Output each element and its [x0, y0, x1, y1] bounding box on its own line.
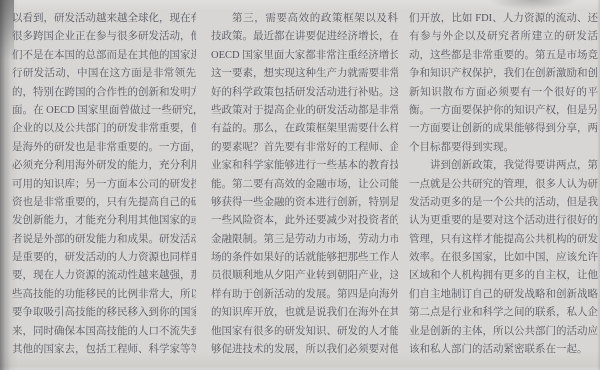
text-line: 第三，需要高效的政策框架以及科: [211, 10, 398, 28]
scanned-page: 以看到，研发活动越来越全球化，现在有很多跨国企业正在参与很多研发活动，他们不是在…: [0, 0, 600, 370]
text-line: 要，现在人力资源的流动性越来越强，那: [12, 267, 196, 285]
text-line: 以看到，研发活动越来越全球化，现在有: [12, 10, 196, 28]
text-column-1: 以看到，研发活动越来越全球化，现在有很多跨国企业正在参与很多研发活动，他们不是在…: [12, 10, 196, 362]
text-line: 们不是在本国的总部而是在其他的国家进: [12, 47, 196, 65]
text-line: 其他的国家去，包括工程师、科学家等等。: [12, 341, 196, 359]
text-line: 区域和个人机构拥有更多的自主权，让他: [409, 267, 598, 285]
text-line: 一些风险资本，此外还要减少对投资者的: [211, 212, 398, 230]
text-line: 该和私人部门的活动紧密联系在一起。: [409, 341, 598, 359]
text-line: 第二点是行业和科学之间的联系，私人企: [409, 304, 598, 322]
text-line: 些政策对于提高企业的研发活动都是非常: [211, 102, 398, 120]
scan-smudge: [488, 0, 578, 10]
text-line: 技政策。最近都在讲要促进经济增长，在: [211, 28, 398, 46]
text-line: 是重要的，研发活动的人力资源也同样重: [12, 249, 196, 267]
text-line: 业家和科学家能够进行一些基本的教育技: [211, 157, 398, 175]
text-line: 管理，只有这样才能提高公共机构的研发: [409, 231, 598, 249]
text-line: 讲到创新政策，我觉得要讲两点，第: [409, 157, 598, 175]
text-line: 样有助于创新活动的发展。第四是向海外: [211, 286, 398, 304]
text-line: 能。第二要有高效的金融市场，让公司能: [211, 176, 398, 194]
text-line: 新知识散布方面必须要有一个很好的平: [409, 84, 598, 102]
text-line: 效率。在很多国家，比如中国，应该允许: [409, 249, 598, 267]
text-line: 些高技能的功能移民的比例非常大，所以: [12, 286, 196, 304]
text-line: 他国家有很多的研发知识、研发的人才能: [211, 323, 398, 341]
text-line: 认为更重要的是要对这个活动进行很好的: [409, 212, 598, 230]
text-line: 有参与外企以及研究者所建立的研发活: [409, 28, 598, 46]
text-column-3: 们开放，比如 FDI、人力资源的流动、还有参与外企以及研究者所建立的研发活动，这…: [409, 10, 598, 362]
text-line: 要争取吸引高技能的移民移入到你的国家: [12, 304, 196, 322]
text-line: 一方面要让创新的成果能够得到分享，两: [409, 120, 598, 138]
text-line: 员很顺利地从夕阳产业转到朝阳产业，这: [211, 267, 398, 285]
text-line: 的，特别在跨国的合作性的创新和发明方: [12, 84, 196, 102]
text-line: 必须充分利用海外研发的能力，充分利用: [12, 157, 196, 175]
text-line: 们自主地制订自己的研发战略和创新战略。: [409, 286, 598, 304]
text-line: 够促进技术的发展，所以我们必须要对他: [211, 341, 398, 359]
text-column-2: 第三，需要高效的政策框架以及科技政策。最近都在讲要促进经济增长，在OECD 国家…: [211, 10, 398, 362]
text-line: 个目标都要得到实现。: [409, 139, 598, 157]
text-line: 们开放，比如 FDI、人力资源的流动、还: [409, 10, 598, 28]
text-line: 面。在 OECD 国家里面曾做过一些研究，: [12, 102, 196, 120]
text-line: 来，同时确保本国高技能的人口不流失到: [12, 323, 196, 341]
text-line: 的知识库开放，也就是说我们在海外在其: [211, 304, 398, 322]
text-line: 是海外的研发也是非常重要的。一方面，: [12, 139, 196, 157]
text-line: 这一要素，想实现这种生产力就需要非常: [211, 65, 398, 83]
text-line: 业是创新的主体，所以公共部门的活动应: [409, 323, 598, 341]
text-line: 行研发活动，中国在这方面是非常领先: [12, 65, 196, 83]
text-line: 够获得一些金融的资本进行创新，特别是: [211, 194, 398, 212]
text-line: 一点就是公共研究的管理，很多人认为研: [409, 176, 598, 194]
text-line: 资也是非常重要的，只有先提高自己的研: [12, 194, 196, 212]
text-line: OECD 国家里面大家都非常注重经济增长: [211, 47, 398, 65]
text-line: 动，这些都是非常重要的。第五是市场竞: [409, 47, 598, 65]
text-line: 好的科学政策包括研发活动进行补贴。这: [211, 84, 398, 102]
text-line: 发创新能力，才能充分利用其他国家的或: [12, 212, 196, 230]
text-line: 争和知识产权保护，我们在创新激励和创: [409, 65, 598, 83]
text-line: 的要素呢？首先要有非常好的工程师、企: [211, 139, 398, 157]
text-line: 金融限制。第三是劳动力市场，劳动力市: [211, 231, 398, 249]
text-line: 衡。一方面要保护你的知识产权，但是另: [409, 102, 598, 120]
text-line: 场的条件如果好的话就能够把那些工作人: [211, 249, 398, 267]
text-line: 企业的以及公共部门的研发非常重要，但: [12, 120, 196, 138]
text-line: 发活动更多的是一个公共的活动，但是我: [409, 194, 598, 212]
text-line: 者说是外部的研发能力和成果。研发活动: [12, 231, 196, 249]
text-line: 可用的知识库；另一方面本公司的研发投: [12, 176, 196, 194]
text-line: 很多跨国企业正在参与很多研发活动，他: [12, 28, 196, 46]
text-line: 有益的。那么，在政策框架里需要什么样: [211, 120, 398, 138]
